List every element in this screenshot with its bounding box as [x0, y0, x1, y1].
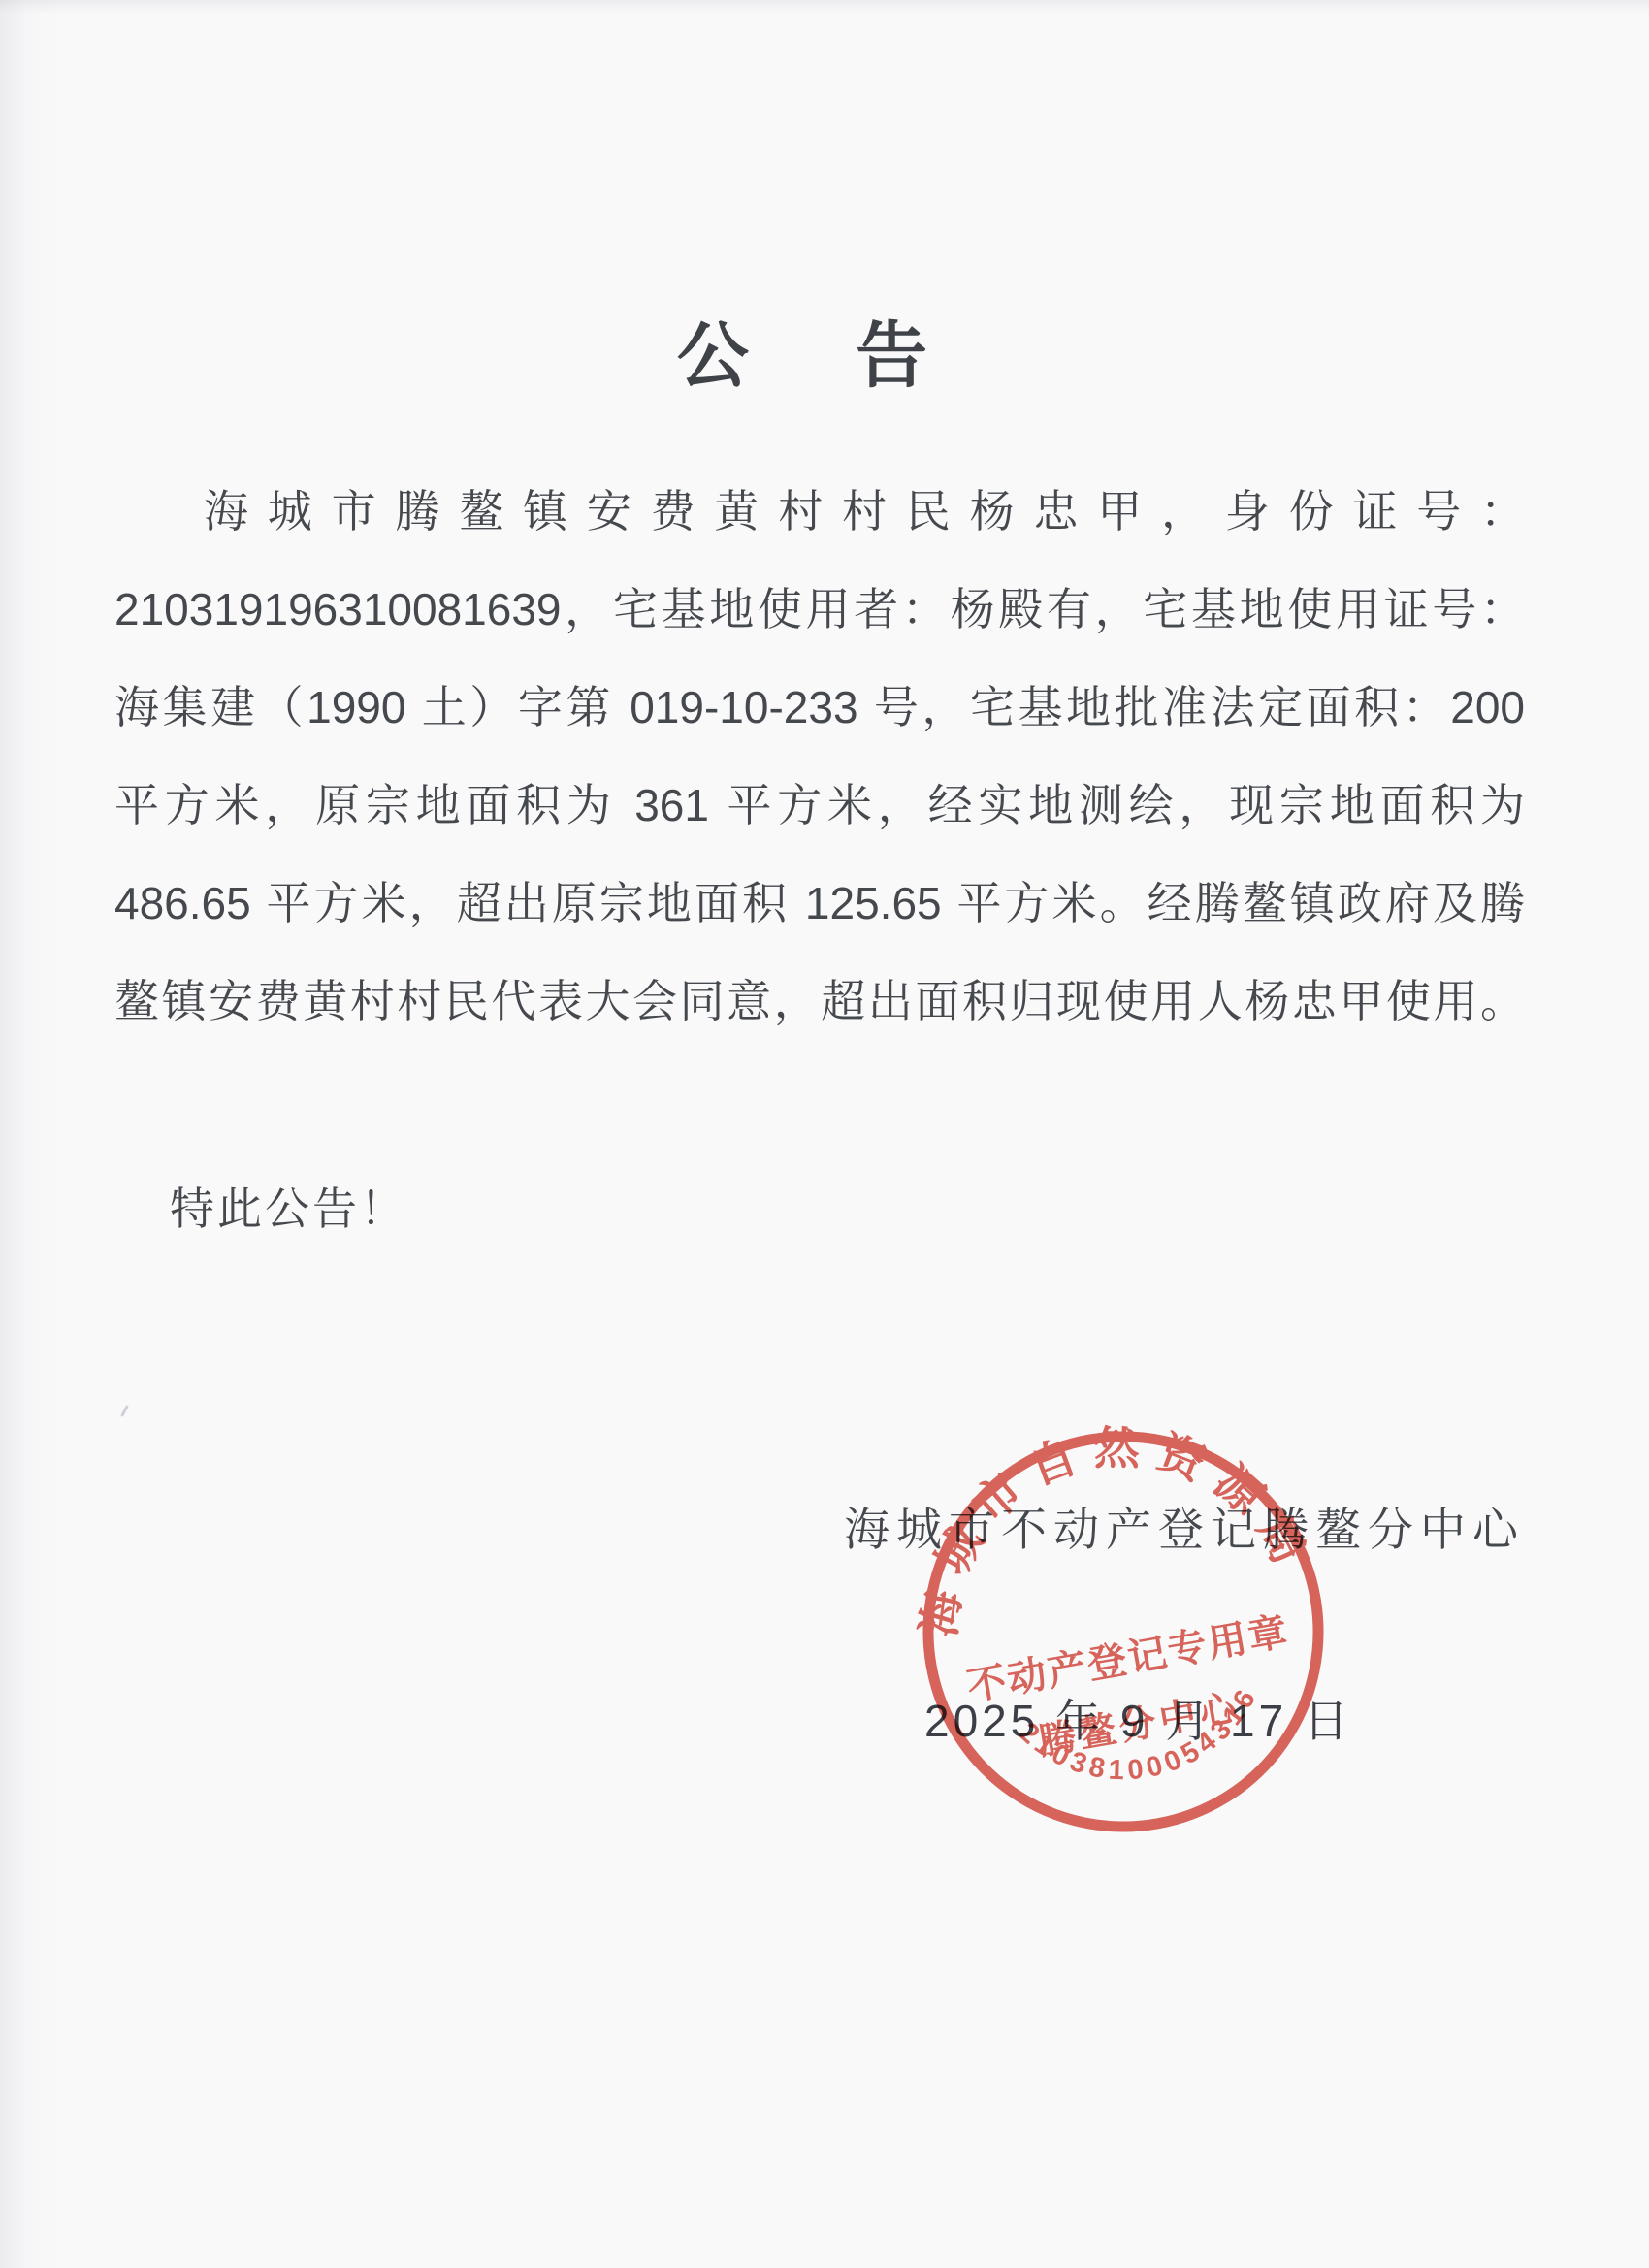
body-line-5: 486.65 平方米，超出原宗地面积 125.65 平方米。经腾鳌镇政府及腾 — [114, 855, 1525, 953]
official-seal-stamp: 海城市自然资源局 不动产登记专用章 腾鳌分中心 21038100054316 — [865, 1374, 1382, 1891]
page-title: 公 告 — [0, 299, 1649, 402]
closing-statement: 特此公告！ — [170, 1185, 407, 1234]
announcement-document: 公 告 海城市腾鳌镇安费黄村村民杨忠甲，身份证号： 21031919631008… — [0, 0, 1649, 2268]
document-body: 海城市腾鳌镇安费黄村村民杨忠甲，身份证号： 210319196310081639… — [114, 463, 1525, 1051]
body-line-2: 210319196310081639，宅基地使用者：杨殿有，宅基地使用证号： — [114, 561, 1525, 659]
scan-speck-mark — [120, 1405, 129, 1417]
seal-authority-arc-text: 海城市自然资源局 — [882, 1387, 1324, 1648]
body-line-3: 海集建（1990 土）字第 019-10-233 号，宅基地批准法定面积：200 — [114, 659, 1525, 757]
body-line-4: 平方米，原宗地面积为 361 平方米，经实地测绘，现宗地面积为 — [114, 757, 1525, 855]
svg-text:海城市自然资源局: 海城市自然资源局 — [882, 1387, 1324, 1648]
body-line-6: 鳌镇安费黄村村民代表大会同意，超出面积归现使用人杨忠甲使用。 — [114, 953, 1525, 1051]
body-line-1: 海城市腾鳌镇安费黄村村民杨忠甲，身份证号： — [114, 463, 1525, 561]
